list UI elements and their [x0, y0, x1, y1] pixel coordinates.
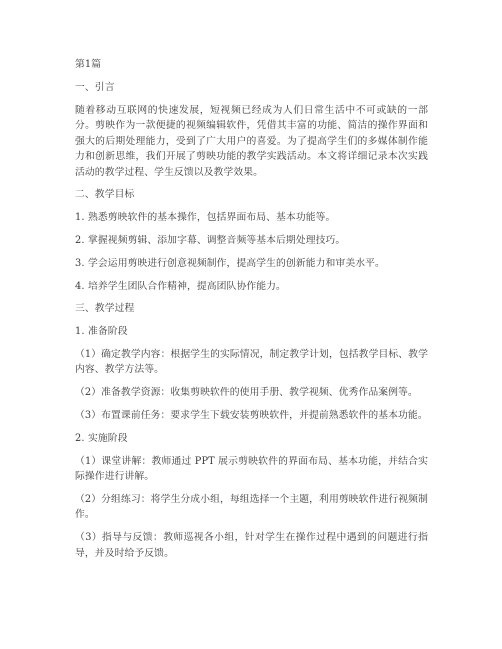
- goal-item-1: 1.熟悉剪映软件的基本操作，包括界面布局、基本功能等。: [75, 210, 428, 226]
- prep-step-3: （3）布置课前任务：要求学生下载安装剪映软件，并提前熟悉软件的基本功能。: [75, 408, 428, 424]
- list-item-text: 学会运用剪映进行创意视频制作，提高学生的创新能力和审美水平。: [88, 258, 385, 269]
- goal-item-4: 4.培养学生团队合作精神，提高团队协作能力。: [75, 279, 428, 295]
- list-number: 2.: [75, 431, 88, 447]
- list-number: 4.: [75, 279, 88, 295]
- list-item-text: 掌握视频剪辑、添加字幕、调整音频等基本后期处理技巧。: [88, 235, 345, 246]
- article-title: 第1篇: [75, 57, 428, 73]
- list-item-text: 实施阶段: [88, 433, 128, 444]
- list-number: 1.: [75, 210, 88, 226]
- impl-step-3: （3）指导与反馈：教师巡视各小组，针对学生在操作过程中遇到的问题进行指导，并及时…: [75, 530, 428, 561]
- list-item-text: 熟悉剪映软件的基本操作，包括界面布局、基本功能等。: [88, 212, 335, 223]
- list-number: 3.: [75, 256, 88, 272]
- section-heading-teaching-process: 三、教学过程: [75, 301, 428, 317]
- document-page: 第1篇 一、引言 随着移动互联网的快速发展，短视频已经成为人们日常生活中不可或缺…: [0, 0, 502, 649]
- goal-item-3: 3.学会运用剪映进行创意视频制作，提高学生的创新能力和审美水平。: [75, 256, 428, 272]
- impl-step-2: （2）分组练习：将学生分成小组，每组选择一个主题，利用剪映软件进行视频制作。: [75, 492, 428, 523]
- list-item-text: 准备阶段: [88, 326, 128, 337]
- impl-step-1: （1）课堂讲解：教师通过 PPT 展示剪映软件的界面布局、基本功能，并结合实际操…: [75, 454, 428, 485]
- intro-paragraph: 随着移动互联网的快速发展，短视频已经成为人们日常生活中不可或缺的一部分。剪映作为…: [75, 103, 428, 181]
- list-number: 1.: [75, 324, 88, 340]
- stage-item-implementation: 2.实施阶段: [75, 431, 428, 447]
- stage-item-preparation: 1.准备阶段: [75, 324, 428, 340]
- section-heading-introduction: 一、引言: [75, 80, 428, 96]
- section-heading-teaching-goals: 二、教学目标: [75, 187, 428, 203]
- prep-step-2: （2）准备教学资源：收集剪映软件的使用手册、教学视频、优秀作品案例等。: [75, 385, 428, 401]
- prep-step-1: （1）确定教学内容：根据学生的实际情况，制定教学计划，包括教学目标、教学内容、教…: [75, 347, 428, 378]
- list-number: 2.: [75, 233, 88, 249]
- list-item-text: 培养学生团队合作精神，提高团队协作能力。: [88, 281, 286, 292]
- goal-item-2: 2.掌握视频剪辑、添加字幕、调整音频等基本后期处理技巧。: [75, 233, 428, 249]
